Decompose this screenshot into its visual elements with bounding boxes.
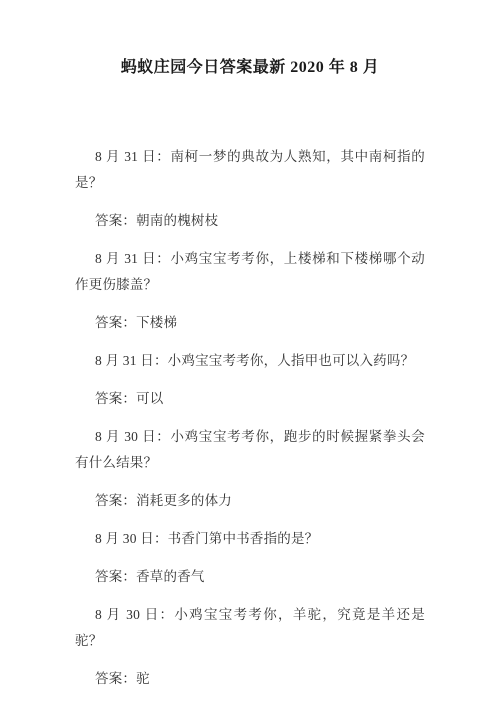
question-paragraph: 8 月 30 日：小鸡宝宝考考你，羊驼，究竟是羊还是驼？	[75, 602, 425, 654]
question-paragraph: 8 月 31 日：小鸡宝宝考考你，上楼梯和下楼梯哪个动作更伤膝盖？	[75, 246, 425, 298]
question-paragraph: 8 月 30 日：书香门第中书香指的是？	[75, 526, 425, 552]
answer-paragraph: 答案：驼	[75, 666, 425, 692]
answer-paragraph: 答案：消耗更多的体力	[75, 488, 425, 514]
qa-item: 8 月 30 日：小鸡宝宝考考你，羊驼，究竟是羊还是驼？ 答案：驼	[75, 602, 425, 692]
answer-paragraph: 答案：可以	[75, 386, 425, 412]
answer-paragraph: 答案：朝南的槐树枝	[75, 208, 425, 234]
question-paragraph: 8 月 30 日：小鸡宝宝考考你，跑步的时候握紧拳头会有什么结果？	[75, 424, 425, 476]
qa-item: 8 月 31 日：南柯一梦的典故为人熟知，其中南柯指的是？ 答案：朝南的槐树枝	[75, 144, 425, 234]
answer-paragraph: 答案：香草的香气	[75, 564, 425, 590]
qa-item: 8 月 30 日：小鸡宝宝考考你，跑步的时候握紧拳头会有什么结果？ 答案：消耗更…	[75, 424, 425, 514]
qa-item: 8 月 31 日：小鸡宝宝考考你，上楼梯和下楼梯哪个动作更伤膝盖？ 答案：下楼梯	[75, 246, 425, 336]
document-title: 蚂蚁庄园今日答案最新 2020 年 8 月	[75, 56, 425, 80]
qa-item: 8 月 31 日：小鸡宝宝考考你，人指甲也可以入药吗？ 答案：可以	[75, 348, 425, 412]
document-body: 8 月 31 日：南柯一梦的典故为人熟知，其中南柯指的是？ 答案：朝南的槐树枝 …	[75, 144, 425, 692]
qa-item: 8 月 30 日：书香门第中书香指的是？ 答案：香草的香气	[75, 526, 425, 590]
answer-paragraph: 答案：下楼梯	[75, 310, 425, 336]
document-page: 蚂蚁庄园今日答案最新 2020 年 8 月 8 月 31 日：南柯一梦的典故为人…	[0, 0, 500, 708]
question-paragraph: 8 月 31 日：小鸡宝宝考考你，人指甲也可以入药吗？	[75, 348, 425, 374]
question-paragraph: 8 月 31 日：南柯一梦的典故为人熟知，其中南柯指的是？	[75, 144, 425, 196]
